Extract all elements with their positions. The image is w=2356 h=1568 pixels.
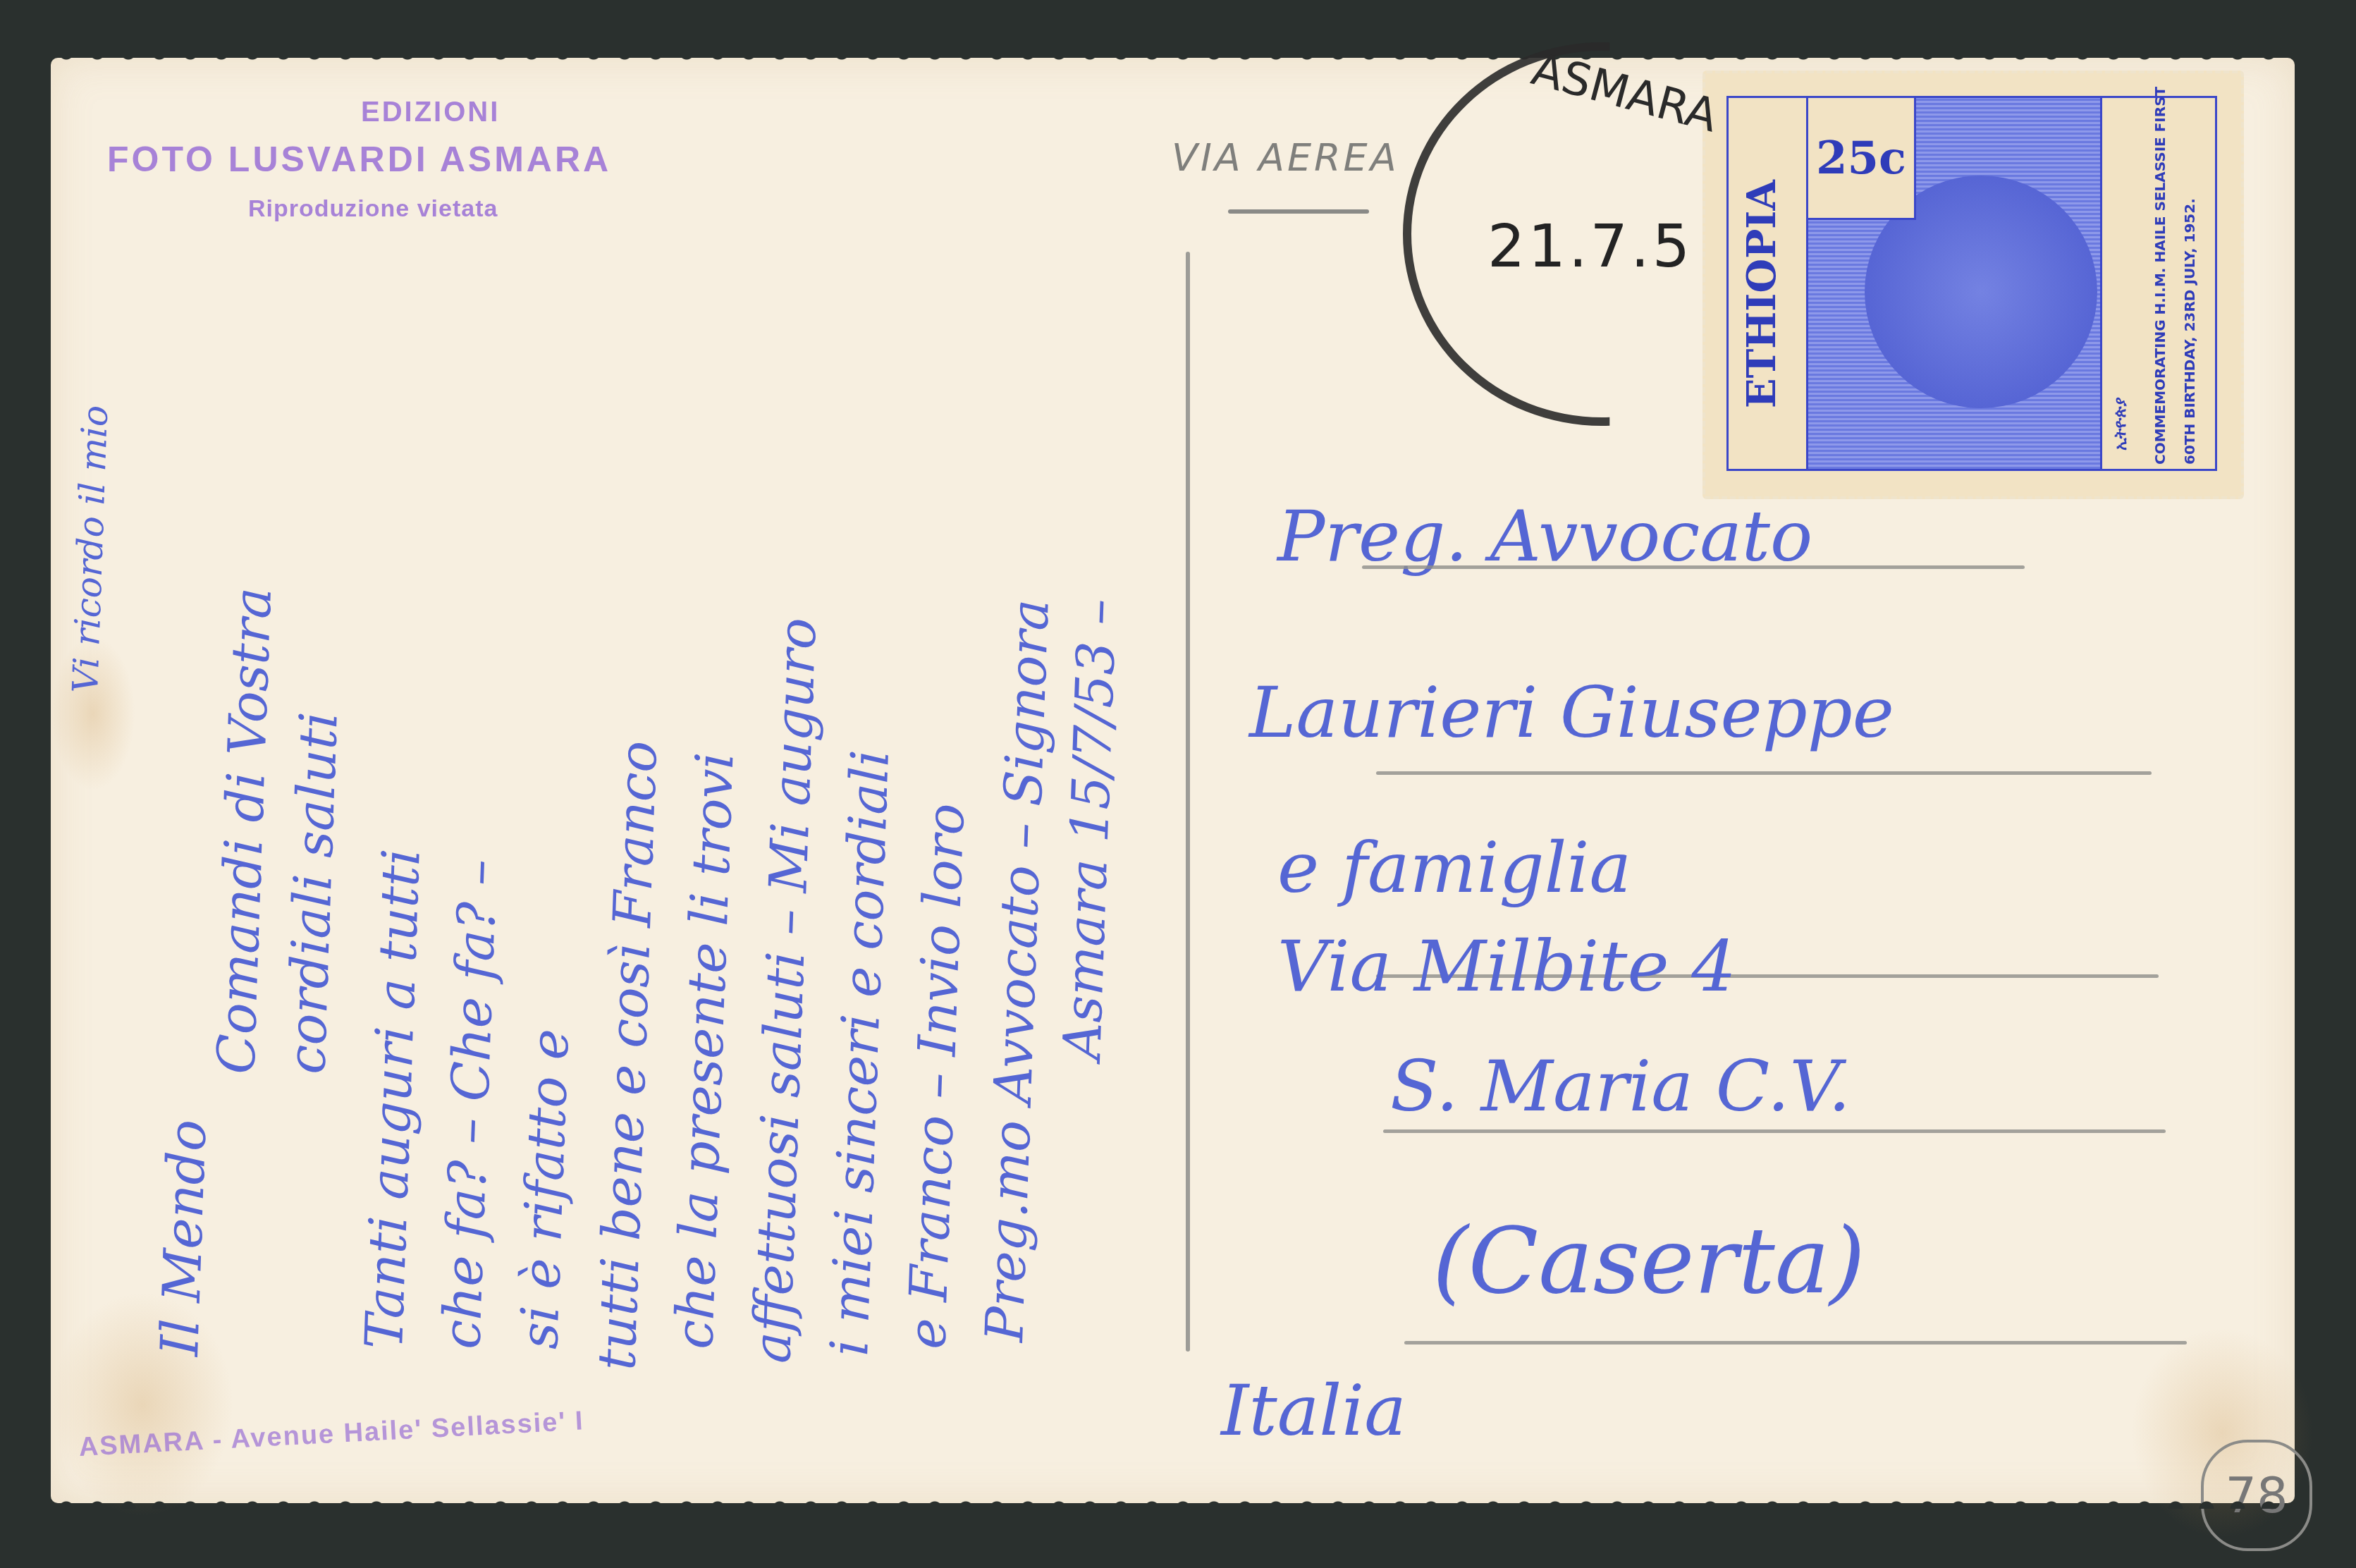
message-line: Asmara 15/7/53 – — [1052, 598, 1129, 1061]
airmail-note: VIA AEREA — [1172, 135, 1399, 180]
message-line: i miei sinceri e cordiali — [819, 749, 901, 1357]
address-line: e famiglia — [1277, 826, 1631, 909]
message-line: tutti bene e così Franco — [587, 740, 669, 1371]
message-line: che fa? – Che fa? – — [431, 858, 509, 1350]
message-line: Comandi di Vostra — [206, 587, 283, 1075]
divider-line — [1186, 252, 1190, 1352]
message-line: e Franco – Invio loro — [897, 802, 976, 1350]
reproduction-notice: Riproduzione vietata — [248, 195, 498, 223]
stamp-country: ETHIOPIA — [1738, 180, 1785, 408]
address-rule — [1404, 1341, 2187, 1345]
stamp-caption-panel: ኢትዮጵያ COMMEMORATING H.I.M. HAILE SELASSI… — [2100, 98, 2215, 469]
address-line: S. Maria C.V. — [1390, 1045, 1851, 1127]
signature: Il Mendo — [149, 1119, 219, 1357]
message-line: Tanti auguri a tutti — [354, 848, 432, 1350]
address-line: (Caserta) — [1432, 1207, 1865, 1314]
publisher-edizioni: EDIZIONI — [361, 97, 500, 128]
address-rule — [1383, 1129, 2166, 1133]
address-rule — [1376, 771, 2152, 775]
message-line: affettuosi saluti – Mi auguro — [742, 617, 828, 1364]
stamp-portrait: 25c — [1808, 98, 2100, 469]
address-line: Via Milbite 4 — [1277, 925, 1736, 1007]
message-line: cordiali saluti — [276, 711, 350, 1075]
address-line: Laurieri Giuseppe — [1249, 671, 1894, 754]
stamp-value: 25c — [1808, 98, 1916, 220]
address-line: Italia — [1221, 1369, 1406, 1452]
stamp-amharic: ኢትዮጵያ — [2112, 397, 2130, 451]
message-line: Preg.mo Avvocato – Signora — [974, 599, 1061, 1343]
postmark-date: 21.7.5 — [1487, 212, 1693, 281]
publisher-name: FOTO LUSVARDI ASMARA — [107, 139, 611, 180]
postage-stamp: ETHIOPIA 25c ኢትዮጵያ COMMEMORATING H.I.M. … — [1702, 71, 2244, 499]
reference-number: 78 — [2201, 1440, 2312, 1551]
address-rule — [1362, 565, 2025, 569]
stamp-caption-line2: 60TH BIRTHDAY, 23RD JULY, 1952. — [2181, 198, 2198, 465]
message-line: si è rifatto e — [509, 1028, 581, 1350]
message-line: che la presente li trovi — [664, 752, 745, 1350]
stamp-caption-line1: COMMEMORATING H.I.M. HAILE SELASSIE FIRS… — [2152, 87, 2168, 465]
airmail-underline — [1228, 209, 1369, 214]
age-stain — [2130, 1327, 2314, 1538]
stamp-country-panel: ETHIOPIA — [1729, 98, 1808, 469]
